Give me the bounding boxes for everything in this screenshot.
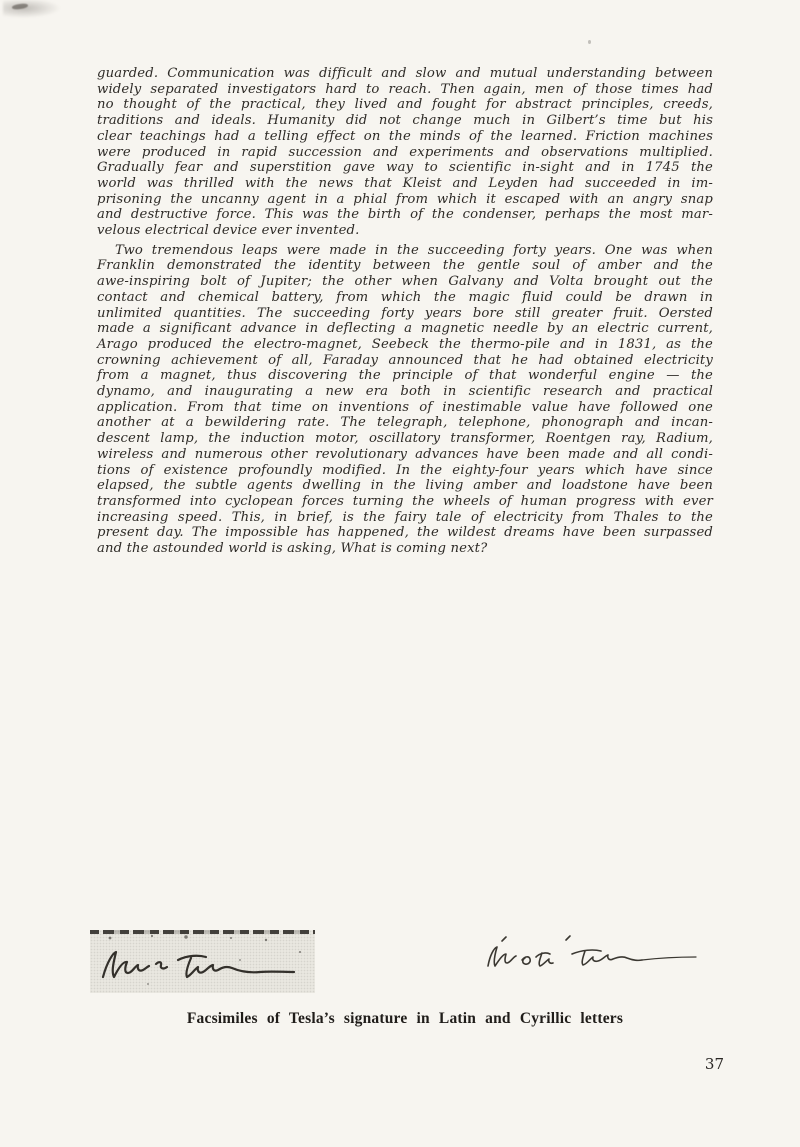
figure-caption: Facsimiles of Tesla’s signature in Latin… <box>97 1010 713 1028</box>
text-line: elapsed, the subtle agents dwelling in t… <box>97 478 713 494</box>
text-line: Gradually fear and superstition gave way… <box>97 160 713 176</box>
cyrillic-signature-image <box>474 934 700 975</box>
text-line: Arago produced the electro-magnet, Seebe… <box>97 337 713 353</box>
text-line: another at a bewildering rate. The teleg… <box>97 415 713 431</box>
text-line: awe-inspiring bolt of Jupiter; the other… <box>97 274 713 290</box>
cyrillic-signature-svg <box>474 934 700 975</box>
text-line: traditions and ideals. Humanity did not … <box>97 113 713 129</box>
text-line: tions of existence profoundly modified. … <box>97 463 713 479</box>
text-line: Two tremendous leaps were made in the su… <box>97 243 713 259</box>
text-line: from a magnet, thus discovering the prin… <box>97 368 713 384</box>
scan-dot-artifact <box>588 40 591 44</box>
signature-strokes <box>488 936 696 966</box>
text-line: transformed into cyclopean forces turnin… <box>97 494 713 510</box>
page-number: 37 <box>690 1055 724 1073</box>
text-line: made a significant advance in deflecting… <box>97 321 713 337</box>
text-line: and destructive force. This was the birt… <box>97 207 713 223</box>
text-line: descent lamp, the induction motor, oscil… <box>97 431 713 447</box>
scanned-book-page: guarded. Communication was difficult and… <box>0 0 800 1147</box>
latin-signature-image <box>90 930 315 993</box>
text-line: present day. The impossible has happened… <box>97 525 713 541</box>
text-line: no thought of the practical, they lived … <box>97 97 713 113</box>
text-line: guarded. Communication was difficult and… <box>97 66 713 82</box>
latin-signature-svg <box>90 930 315 993</box>
text-line: world was thrilled with the news that Kl… <box>97 176 713 192</box>
text-line: application. From that time on invention… <box>97 400 713 416</box>
text-line: prisoning the uncanny agent in a phial f… <box>97 192 713 208</box>
text-line: and the astounded world is asking, What … <box>97 541 713 557</box>
paragraph-1: guarded. Communication was difficult and… <box>97 66 713 239</box>
signature-speckles <box>109 935 301 985</box>
text-line: wireless and numerous other revolutionar… <box>97 447 713 463</box>
text-line: increasing speed. This, in brief, is the… <box>97 510 713 526</box>
text-line: were produced in rapid succession and ex… <box>97 145 713 161</box>
paragraph-2: Two tremendous leaps were made in the su… <box>97 243 713 557</box>
text-line: unlimited quantities. The succeeding for… <box>97 306 713 322</box>
text-line: crowning achievement of all, Faraday ann… <box>97 353 713 369</box>
text-line: Franklin demonstrated the identity betwe… <box>97 258 713 274</box>
text-line: contact and chemical battery, from which… <box>97 290 713 306</box>
scan-smudge-artifact <box>3 0 61 18</box>
text-line: velous electrical device ever invented. <box>97 223 713 239</box>
signature-strokes <box>103 952 294 977</box>
text-line: widely separated investigators hard to r… <box>97 82 713 98</box>
body-text: guarded. Communication was difficult and… <box>97 66 713 557</box>
text-line: clear teachings had a telling effect on … <box>97 129 713 145</box>
text-line: dynamo, and inaugurating a new era both … <box>97 384 713 400</box>
